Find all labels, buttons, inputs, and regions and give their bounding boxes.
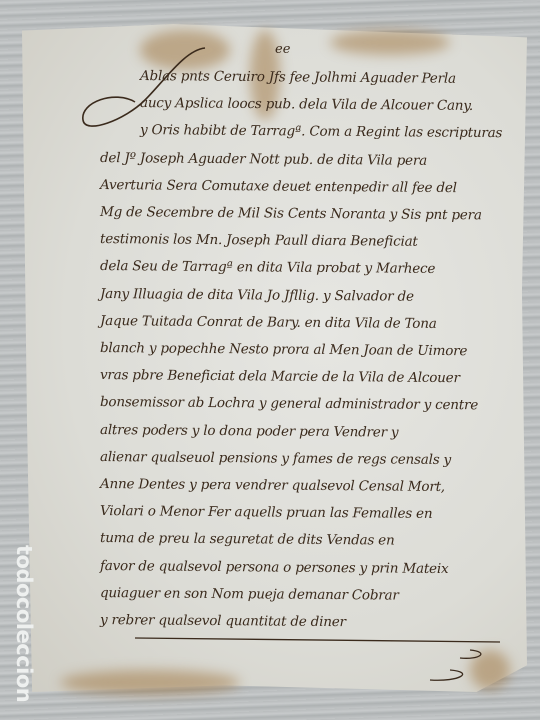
watermark: todocoleccion [4, 545, 36, 715]
manuscript-line: alienar qualseuol pensions y fames de re… [100, 449, 451, 468]
manuscript-line: Averturia Sera Comutaxe deuet entenpedir… [100, 177, 457, 196]
manuscript-line: del Jº Joseph Aguader Nott pub. de dita … [100, 150, 427, 169]
manuscript-line: aucy Apslica loocs pub. dela Vila de Alc… [140, 95, 473, 114]
manuscript-line: Anne Dentes y pera vendrer qualsevol Cen… [100, 476, 445, 495]
manuscript-line: testimonis los Mn. Joseph Paull diara Be… [100, 231, 418, 250]
manuscript-line: Violari o Menor Fer aquells pruan las Fe… [100, 503, 433, 522]
manuscript-line: Mg de Secembre de Mil Sis Cents Noranta … [100, 204, 482, 223]
manuscript-line: y rebrer qualsevol quantitat de diner [100, 612, 346, 630]
water-stain [330, 30, 450, 55]
manuscript-line: Ablas pnts Ceruiro Jfs fee Jolhmi Aguade… [140, 68, 456, 87]
manuscript-line: altres poders y lo dona poder pera Vendr… [100, 422, 399, 441]
manuscript-line: tuma de preu la seguretat de dits Vendas… [100, 530, 395, 549]
manuscript-line: Jaque Tuitada Conrat de Bary. en dita Vi… [100, 313, 437, 332]
manuscript-line: favor de qualsevol persona o persones y … [100, 558, 449, 577]
manuscript-line: Jany Illuagia de dita Vila Jo Jfllig. y … [100, 286, 414, 305]
manuscript-line: blanch y popechhe Nesto prora al Men Joa… [100, 340, 467, 359]
top-marker: ee [275, 42, 290, 57]
manuscript-line: quiaguer en son Nom pueja demanar Cobrar [100, 585, 399, 604]
closing-flourish-icon [130, 630, 510, 690]
manuscript-line: vras pbre Beneficiat dela Marcie de la V… [100, 367, 460, 386]
